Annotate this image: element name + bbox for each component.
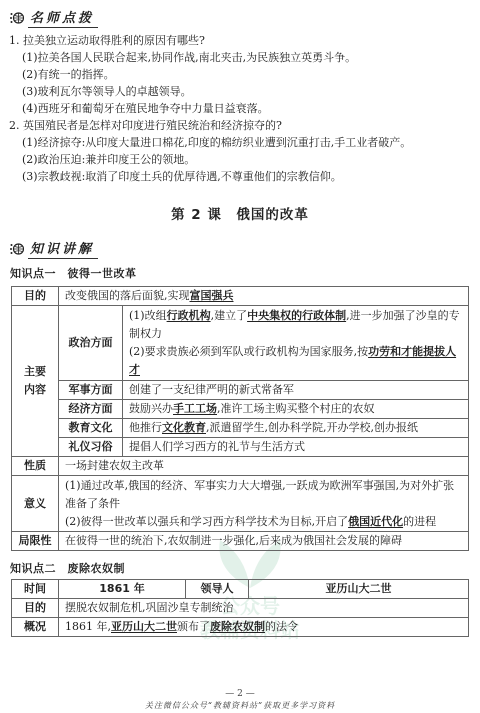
time-label: 时间	[12, 580, 59, 599]
key-term: 行政机构	[167, 309, 211, 322]
table-row: 概况 1861 年,亚历山大二世颁布了废除农奴制的法令	[12, 618, 469, 637]
table-row: 军事方面 创建了一支纪律严明的新式常备军	[12, 381, 469, 400]
question-2: 2. 英国殖民者是怎样对印度进行殖民统治和经济掠夺的?	[9, 118, 282, 135]
etiquette-label: 礼仪习俗	[59, 438, 123, 457]
section-header-teacher-tips: 名师点拨	[10, 7, 98, 28]
globe-dots-icon	[10, 242, 24, 256]
table-row: 礼仪习俗 提倡人们学习西方的礼节与生活方式	[12, 438, 469, 457]
limitation-cell: 在彼得一世的统治下,农奴制进一步强化,后来成为俄国社会发展的障碍	[59, 532, 469, 551]
nature-label: 性质	[12, 457, 59, 476]
answer-1-3: (3)玻利瓦尔等领导人的卓越领导。	[22, 84, 192, 101]
table-row: 时间 1861 年 领导人 亚历山大二世	[12, 580, 469, 599]
key-term: 亚历山大二世	[111, 620, 177, 633]
text: (1)改组	[129, 309, 167, 322]
table-row: 性质 一场封建农奴主改革	[12, 457, 469, 476]
text: 他推行	[129, 421, 162, 434]
text: 1861 年,	[65, 620, 111, 633]
table-row: 目的 摆脱农奴制危机,巩固沙皇专制统治	[12, 599, 469, 618]
key-term: 文化教育	[162, 421, 206, 434]
main-content-label: 主要内容	[12, 306, 59, 457]
knowledge-point-1-title: 知识点一 彼得一世改革	[10, 265, 137, 281]
answer-2-2: (2)政治压迫:兼并印度王公的领地。	[22, 152, 195, 169]
text: (2)要求贵族必须到军队或行政机构为国家服务,按	[129, 345, 368, 358]
answer-1-4: (4)西班牙和葡萄牙在殖民地争夺中力量日益衰落。	[22, 101, 269, 118]
question-1: 1. 拉美独立运动取得胜利的原因有哪些?	[9, 33, 205, 50]
military-cell: 创建了一支纪律严明的新式常备军	[123, 381, 469, 400]
section-title: 名师点拨	[28, 7, 98, 28]
answer-2-3: (3)宗教歧视:取消了印度土兵的优厚待遇,不尊重他们的宗教信仰。	[22, 169, 342, 186]
purpose-cell: 改变俄国的落后面貌,实现富国强兵	[59, 287, 469, 306]
meaning-cell: (1)通过改革,俄国的经济、军事实力大大增强,一跃成为欧洲军事强国,为对外扩张准…	[59, 476, 469, 532]
table-row: 主要内容 政治方面 (1)改组行政机构,建立了中央集权的行政体制,进一步加强了沙…	[12, 306, 469, 381]
key-term: 富国强兵	[190, 289, 234, 302]
key-term: 中央集权的行政体制	[247, 309, 346, 322]
table-abolish-serfdom: 时间 1861 年 领导人 亚历山大二世 目的 摆脱农奴制危机,巩固沙皇专制统治…	[11, 579, 469, 637]
text: 颁布了	[177, 620, 210, 633]
overview-label: 概况	[12, 618, 59, 637]
text: (2)彼得一世改革以强兵和学习西方科学技术为目标,开启了	[65, 515, 348, 528]
key-term: 手工工场	[173, 402, 217, 415]
key-term: 废除农奴制	[210, 620, 265, 633]
text: 的进程	[403, 515, 436, 528]
answer-1-2: (2)有统一的指挥。	[22, 67, 115, 84]
purpose-label: 目的	[12, 599, 59, 618]
text: 改变俄国的落后面貌,实现	[65, 289, 190, 302]
military-label: 军事方面	[59, 381, 123, 400]
table-row: 教育文化 他推行文化教育,派遣留学生,创办科学院,开办学校,创办报纸	[12, 419, 469, 438]
key-term: 俄国近代化	[348, 515, 403, 528]
purpose-cell: 摆脱农奴制危机,巩固沙皇专制统治	[59, 599, 469, 618]
knowledge-point-2-title: 知识点二 废除农奴制	[10, 560, 125, 576]
economy-label: 经济方面	[59, 400, 123, 419]
education-cell: 他推行文化教育,派遣留学生,创办科学院,开办学校,创办报纸	[123, 419, 469, 438]
leader-label: 领导人	[186, 580, 249, 599]
table-row: 经济方面 鼓励兴办手工工场,准许工场主购买整个村庄的农奴	[12, 400, 469, 419]
text: 鼓励兴办	[129, 402, 173, 415]
education-label: 教育文化	[59, 419, 123, 438]
leader-value: 亚历山大二世	[249, 580, 469, 599]
nature-cell: 一场封建农奴主改革	[59, 457, 469, 476]
text: ,准许工场主购买整个村庄的农奴	[217, 402, 375, 415]
table-row: 局限性 在彼得一世的统治下,农奴制进一步强化,后来成为俄国社会发展的障碍	[12, 532, 469, 551]
answer-1-1: (1)拉美各国人民联合起来,协同作战,南北夹击,为民族独立英勇斗争。	[22, 50, 356, 67]
limitation-label: 局限性	[12, 532, 59, 551]
answer-2-1: (1)经济掠夺:从印度大量进口棉花,印度的棉纺织业遭到沉重打击,手工业者破产。	[22, 135, 411, 152]
purpose-label: 目的	[12, 287, 59, 306]
table-peter-reform: 目的 改变俄国的落后面貌,实现富国强兵 主要内容 政治方面 (1)改组行政机构,…	[11, 286, 469, 551]
politics-cell: (1)改组行政机构,建立了中央集权的行政体制,进一步加强了沙皇的专制权力 (2)…	[123, 306, 469, 381]
lesson-title: 第 2 课 俄国的改革	[0, 203, 480, 223]
globe-dots-icon	[10, 11, 24, 25]
table-row: 意义 (1)通过改革,俄国的经济、军事实力大大增强,一跃成为欧洲军事强国,为对外…	[12, 476, 469, 532]
time-value: 1861 年	[59, 580, 186, 599]
section-title: 知识讲解	[28, 238, 98, 259]
meaning-label: 意义	[12, 476, 59, 532]
text: (1)通过改革,俄国的经济、军事实力大大增强,一跃成为欧洲军事强国,为对外扩张准…	[65, 479, 454, 510]
text: ,派遣留学生,创办科学院,开办学校,创办报纸	[206, 421, 418, 434]
text: 的法令	[265, 620, 298, 633]
table-row: 目的 改变俄国的落后面貌,实现富国强兵	[12, 287, 469, 306]
economy-cell: 鼓励兴办手工工场,准许工场主购买整个村庄的农奴	[123, 400, 469, 419]
text: ,建立了	[211, 309, 248, 322]
politics-label: 政治方面	[59, 306, 123, 381]
page-number: — 2 —	[0, 689, 480, 699]
section-header-knowledge: 知识讲解	[10, 238, 98, 259]
footer-text: 关注微信公众号“教辅资料站”获取更多学习资料	[0, 700, 480, 711]
overview-cell: 1861 年,亚历山大二世颁布了废除农奴制的法令	[59, 618, 469, 637]
etiquette-cell: 提倡人们学习西方的礼节与生活方式	[123, 438, 469, 457]
